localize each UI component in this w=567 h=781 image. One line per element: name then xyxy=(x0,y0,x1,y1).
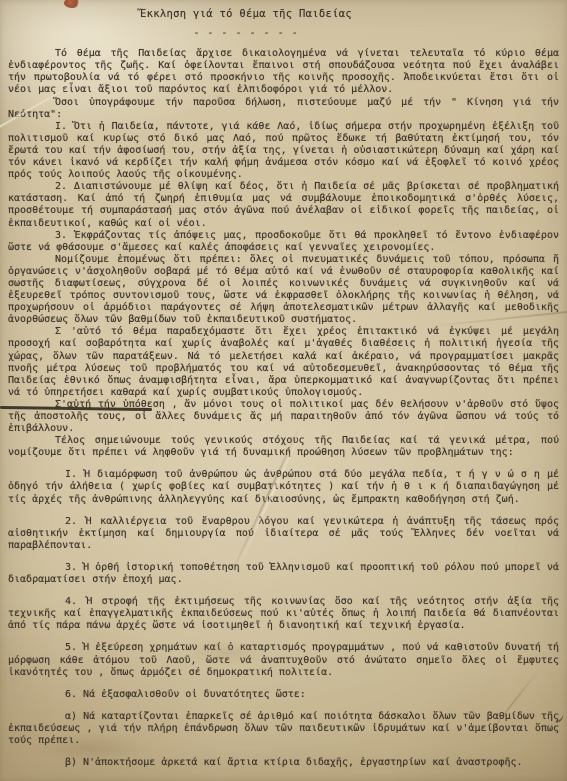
paragraph-goal-5: 5. Ἡ ἐξεύρεση χρημάτων καί ὁ καταρτισμός… xyxy=(8,642,559,678)
paragraph-point-3: 3. Ἐκφράζοντας τίς ἀπόψεις μας, προσδοκο… xyxy=(8,230,559,254)
paragraph-goals-intro: Τέλος σημειώνουμε τούς γενικούς στόχους … xyxy=(8,435,559,459)
dashed-separator: - - - - - - - - xyxy=(193,28,298,39)
document-content: Ἔκκληση γιά τό θέμα τῆς Παιδείας - - - -… xyxy=(8,8,559,769)
paragraph-declaration: Ὅσοι ὑπογράφουμε τήν παροῦσα δήλωση, πισ… xyxy=(8,97,559,121)
title-separator: - - - - - - - - xyxy=(8,28,559,40)
paragraph-goal-6b: β) Ν'ἀποκτήσομε ἀρκετά καί ἄρτια κτίρια … xyxy=(8,757,559,769)
paragraph-goal-4: 4. Ἡ στροφή τῆς ἐκτιμήσεως τῆς κοινωνίας… xyxy=(8,596,559,632)
red-ink-stain xyxy=(64,0,80,8)
paragraph-point-2: 2. Διαπιστώνουμε μέ θλίψη καί δέος, ὅτι … xyxy=(8,181,559,229)
title-row: Ἔκκληση γιά τό θέμα τῆς Παιδείας xyxy=(8,8,559,20)
paragraph-goal-2: 2. Ἡ καλλιέργεια τοῦ ἔναρθρου λόγου καί … xyxy=(8,516,559,552)
paragraph-goal-6: 6. Νά ἐξασφαλισθοῦν οἱ δυνατότητες ὥστε: xyxy=(8,689,559,701)
paragraph-political-duty: Σ 'αὐτό τό θέμα παραδεχόμαστε ὅτι ἔχει χ… xyxy=(8,326,559,399)
paragraph-hypothesis: Σ'αὐτή τήν ὑπόθεση , ἄν μόνοι τους οἱ πο… xyxy=(8,399,559,435)
scanned-document-page: Ἔκκληση γιά τό θέμα τῆς Παιδείας - - - -… xyxy=(0,0,567,781)
paragraph-goal-6a: α) Νά καταρτίζονται ἐπαρκεῖς σέ ἀριθμό κ… xyxy=(8,711,559,747)
page-title: Ἔκκληση γιά τό θέμα τῆς Παιδείας xyxy=(140,8,352,20)
paragraph-opinion: Νομίζουμε ἑπομένως ὅτι πρέπει: ὅλες οἱ π… xyxy=(8,254,559,327)
paragraph-intro: Τό θέμα τῆς Παιδείας ἄρχισε δικαιολογημέ… xyxy=(8,48,559,96)
paragraph-point-1: I. Ὅτι ἡ Παιδεία, πάντοτε, γιά κάθε Λαό,… xyxy=(8,121,559,181)
paragraph-goal-3: 3. Ἡ ὀρθή ἱστορική τοποθέτηση τοῦ Ἑλληνι… xyxy=(8,562,559,586)
paragraph-goal-1: I. Ἡ διαμόρφωση τοῦ ἀνθρώπου ὡς ἀνθρώπου… xyxy=(8,469,559,505)
